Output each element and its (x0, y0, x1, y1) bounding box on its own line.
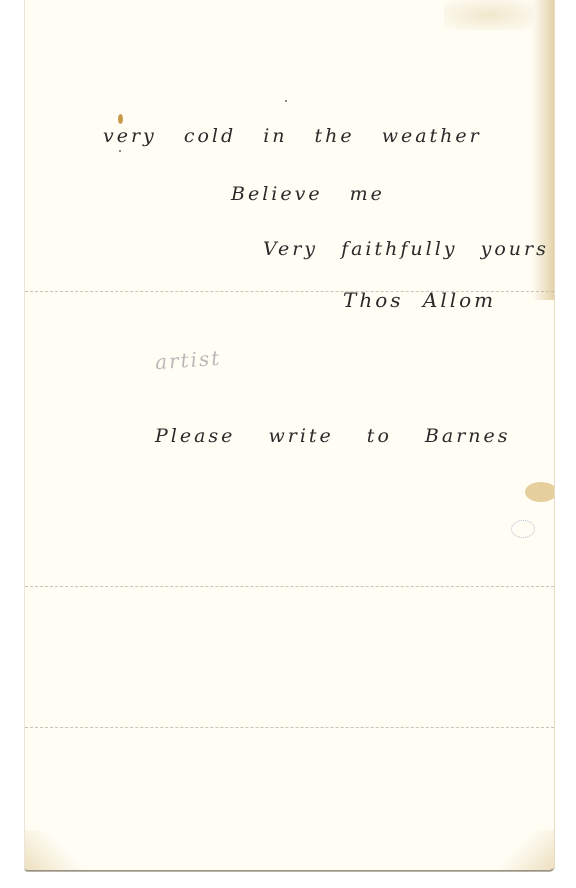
fold-line-lower (25, 727, 554, 728)
letter-page: very cold in the weather Believe me Very… (24, 0, 555, 871)
letter-postscript: Please write to Barnes (155, 425, 511, 447)
paper-stain-spot (525, 482, 555, 502)
fold-line-middle (25, 586, 554, 587)
letter-line-1: very cold in the weather (103, 125, 482, 147)
ink-blot (118, 114, 123, 124)
paper-speck (285, 100, 287, 102)
corner-wear-right (494, 830, 554, 870)
letter-signature: Thos Allom (343, 288, 496, 312)
letter-closing-believe-me: Believe me (231, 183, 385, 205)
letter-closing-faithfully: Very faithfully yours (263, 238, 549, 260)
paper-speck (119, 150, 121, 152)
fingerprint-smudge (511, 520, 535, 538)
pencil-annotation: artist (154, 346, 222, 375)
corner-wear-left (25, 830, 85, 870)
paper-stain-top (444, 0, 534, 30)
